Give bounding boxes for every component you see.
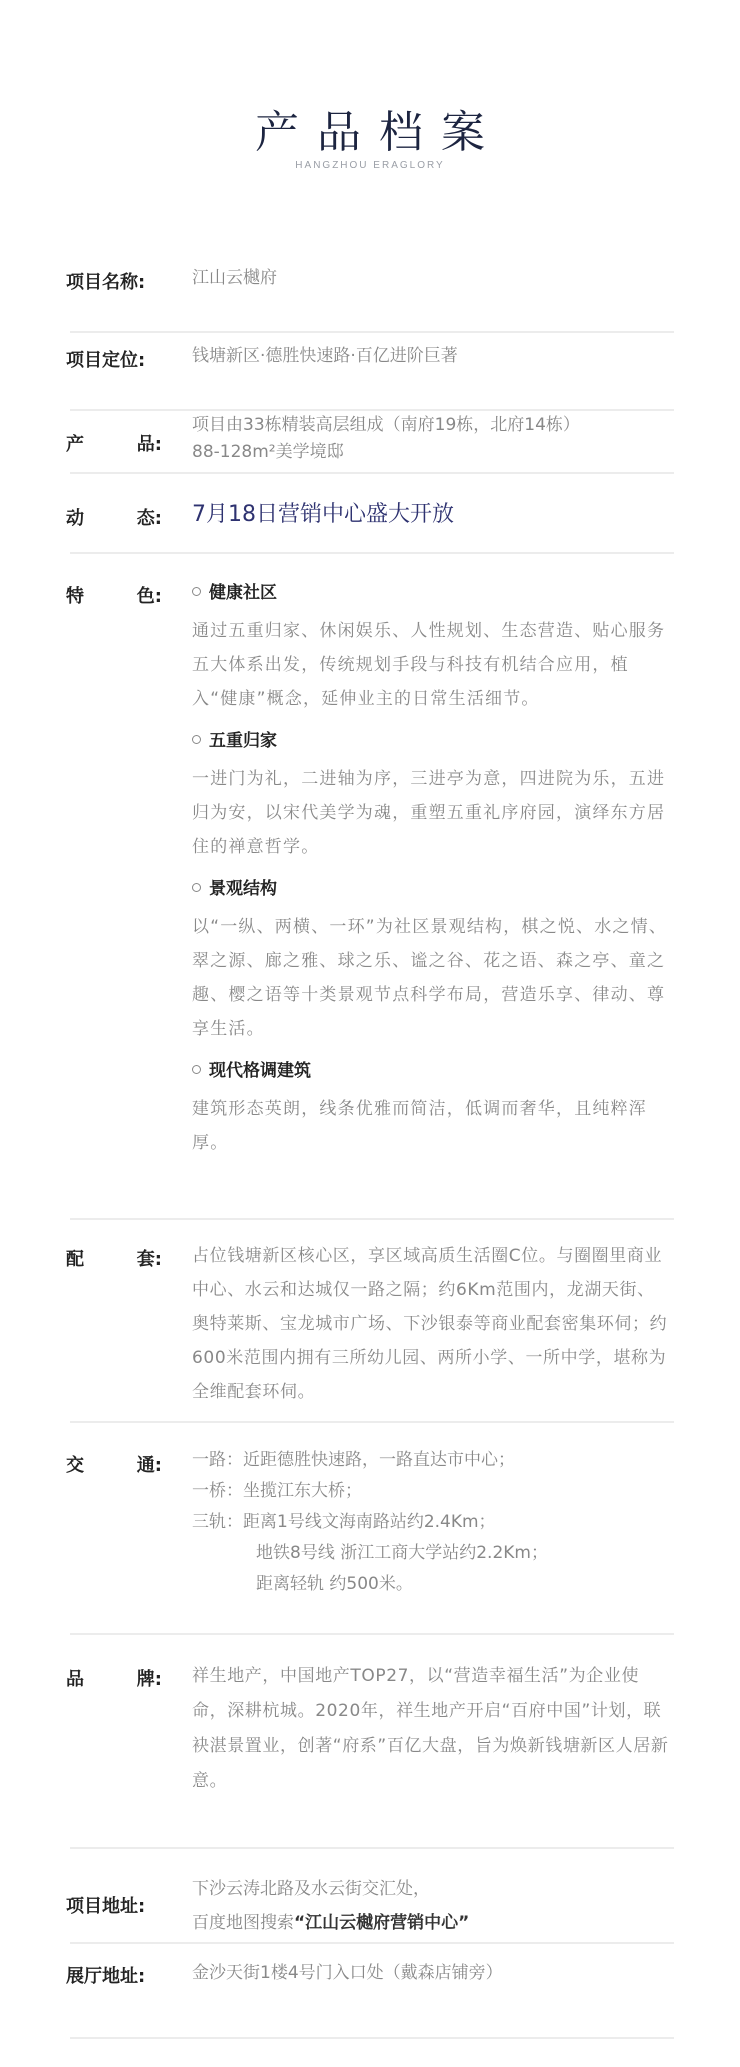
label-part: 通:	[137, 1451, 162, 1477]
address-prefix: 百度地图搜索	[192, 1913, 294, 1933]
feature-title: 五重归家	[192, 726, 672, 756]
field-label: 展厅地址:	[66, 1962, 176, 1988]
field-label: 动 态:	[66, 504, 162, 530]
feature-title-text: 景观结构	[209, 879, 277, 899]
traffic-line: 一桥：坐揽江东大桥；	[192, 1476, 672, 1507]
circle-bullet-icon	[192, 735, 201, 744]
field-label: 产 品:	[66, 430, 162, 456]
traffic-line: 三轨：距离1号线文海南路站约2.4Km；	[192, 1507, 672, 1538]
feature-title-text: 五重归家	[209, 731, 277, 751]
feature-title-text: 健康社区	[209, 583, 277, 603]
label-part: 牌:	[137, 1665, 162, 1691]
label-part: 态:	[137, 504, 162, 530]
feature-title: 现代格调建筑	[192, 1056, 672, 1086]
field-label: 配 套:	[66, 1245, 162, 1271]
divider	[70, 472, 674, 474]
field-value: 钱塘新区·德胜快速路·百亿进阶巨著	[192, 339, 672, 373]
field-value: 祥生地产，中国地产TOP27，以“营造幸福生活”为企业使命，深耕杭城。2020年…	[192, 1659, 672, 1799]
address-line: 下沙云涛北路及水云街交汇处，	[192, 1872, 672, 1906]
label-part: 套:	[137, 1245, 162, 1271]
field-label: 品 牌:	[66, 1665, 162, 1691]
field-label: 项目地址:	[66, 1892, 176, 1918]
divider	[70, 409, 674, 411]
field-value: 占位钱塘新区核心区，享区域高质生活圈C位。与圈圈里商业中心、水云和达城仅一路之隔…	[192, 1239, 672, 1409]
traffic-line: 一路：近距德胜快速路，一路直达市中心；	[192, 1445, 672, 1476]
feature-text: 以“一纵、两横、一环”为社区景观结构，棋之悦、水之情、翠之源、廊之雅、球之乐、谧…	[192, 910, 672, 1046]
feature-title: 健康社区	[192, 578, 672, 608]
field-value: 项目由33栋精装高层组成（南府19栋，北府14栋） 88-128m²美学境邸	[192, 412, 672, 466]
divider	[70, 1633, 674, 1635]
divider	[70, 1421, 674, 1423]
product-line: 项目由33栋精装高层组成（南府19栋，北府14栋）	[192, 412, 672, 439]
label-part: 特	[66, 582, 84, 608]
news-highlight: 7月18日营销中心盛大开放	[192, 498, 672, 532]
circle-bullet-icon	[192, 587, 201, 596]
divider	[70, 1218, 674, 1220]
label-part: 产	[66, 430, 84, 456]
feature-title: 景观结构	[192, 874, 672, 904]
label-part: 色:	[137, 582, 162, 608]
feature-text: 一进门为礼，二进轴为序，三进亭为意，四进院为乐，五进归为安，以宋代美学为魂，重塑…	[192, 762, 672, 864]
address-line: 百度地图搜索“江山云樾府营销中心”	[192, 1906, 672, 1940]
field-label: 项目名称:	[66, 268, 176, 294]
traffic-line: 距离轻轨 约500米。	[192, 1569, 672, 1600]
traffic-list: 一路：近距德胜快速路，一路直达市中心； 一桥：坐揽江东大桥； 三轨：距离1号线文…	[192, 1445, 672, 1600]
feature-item: 现代格调建筑 建筑形态英朗，线条优雅而简洁，低调而奢华，且纯粹浑厚。	[192, 1056, 672, 1160]
field-value: 下沙云涛北路及水云街交汇处， 百度地图搜索“江山云樾府营销中心”	[192, 1872, 672, 1940]
divider	[70, 1847, 674, 1849]
traffic-line: 地铁8号线 浙江工商大学站约2.2Km；	[192, 1538, 672, 1569]
field-value: 江山云樾府	[192, 261, 672, 295]
circle-bullet-icon	[192, 883, 201, 892]
feature-item: 五重归家 一进门为礼，二进轴为序，三进亭为意，四进院为乐，五进归为安，以宋代美学…	[192, 726, 672, 864]
divider	[70, 552, 674, 554]
feature-item: 景观结构 以“一纵、两横、一环”为社区景观结构，棋之悦、水之情、翠之源、廊之雅、…	[192, 874, 672, 1046]
search-keyword: “江山云樾府营销中心”	[294, 1913, 469, 1933]
label-part: 品	[66, 1665, 84, 1691]
page-subtitle: HANGZHOU ERAGLORY	[0, 160, 740, 171]
feature-text: 通过五重归家、休闲娱乐、人性规划、生态营造、贴心服务五大体系出发，传统规划手段与…	[192, 614, 672, 716]
label-part: 品:	[137, 430, 162, 456]
features-list: 健康社区 通过五重归家、休闲娱乐、人性规划、生态营造、贴心服务五大体系出发，传统…	[192, 578, 672, 1170]
divider	[70, 331, 674, 333]
feature-text: 建筑形态英朗，线条优雅而简洁，低调而奢华，且纯粹浑厚。	[192, 1092, 672, 1160]
divider	[70, 1942, 674, 1944]
product-line: 88-128m²美学境邸	[192, 439, 672, 466]
divider	[70, 2037, 674, 2039]
feature-item: 健康社区 通过五重归家、休闲娱乐、人性规划、生态营造、贴心服务五大体系出发，传统…	[192, 578, 672, 716]
label-part: 动	[66, 504, 84, 530]
field-label: 项目定位:	[66, 346, 176, 372]
field-label: 交 通:	[66, 1451, 162, 1477]
page-title: 产品档案	[0, 96, 740, 160]
label-part: 配	[66, 1245, 84, 1271]
field-value: 金沙天街1楼4号门入口处（戴森店铺旁）	[192, 1956, 672, 1990]
field-label: 特 色:	[66, 582, 162, 608]
circle-bullet-icon	[192, 1065, 201, 1074]
label-part: 交	[66, 1451, 84, 1477]
feature-title-text: 现代格调建筑	[209, 1061, 311, 1081]
